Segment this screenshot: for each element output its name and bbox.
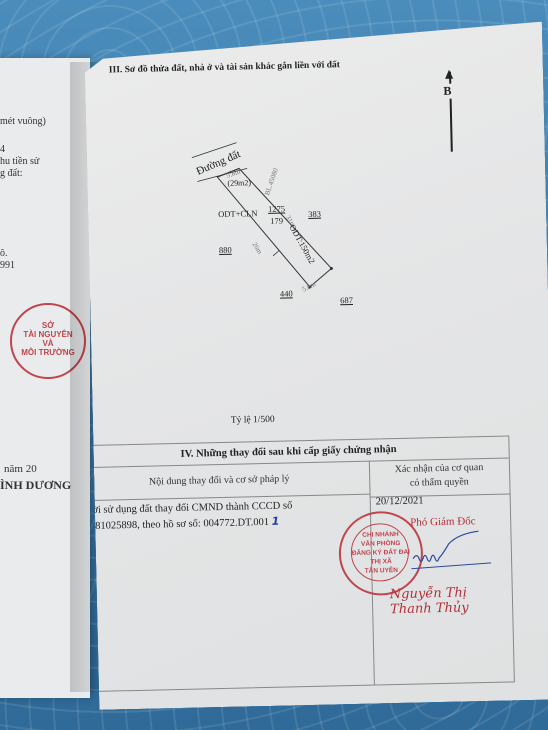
change-entry: Người sử dụng đất thay đổi CMND thành CC… bbox=[74, 497, 375, 535]
left-text-2: 4 bbox=[0, 144, 5, 155]
left-text-3: hu tiền sử bbox=[0, 156, 39, 167]
neighbor-880: 880 bbox=[219, 245, 232, 255]
column-content-header: Nội dung thay đổi và cơ sở pháp lý bbox=[69, 461, 371, 502]
left-province-fragment: ÌNH DƯƠNG bbox=[0, 478, 71, 493]
left-text-5: ô. bbox=[0, 248, 8, 259]
left-text-6: 991 bbox=[0, 260, 15, 271]
section-title: III. Sơ đồ thửa đất, nhà ở và tài sản kh… bbox=[109, 60, 340, 75]
changes-table: IV. Những thay đổi sau khi cấp giấy chứn… bbox=[67, 435, 514, 692]
column-confirm-line-2: có thẩm quyền bbox=[369, 474, 509, 491]
parcel-number: 1275 bbox=[268, 203, 285, 213]
neighbor-687: 687 bbox=[340, 295, 353, 305]
left-text-4: g đất: bbox=[0, 168, 23, 179]
handwritten-mark: 1 bbox=[272, 515, 280, 528]
north-arrow: B bbox=[443, 72, 459, 152]
neighbor-440: 440 bbox=[280, 288, 293, 298]
plot-map bbox=[166, 136, 370, 310]
left-text-1: mét vuông) bbox=[0, 116, 46, 127]
map-scale: Tỷ lệ 1/500 bbox=[231, 415, 275, 426]
signer-name: Nguyễn Thị Thanh Thủy bbox=[390, 584, 513, 617]
north-arrow-head-icon bbox=[445, 70, 453, 79]
signer-role: Phó Giám Đốc bbox=[410, 515, 476, 528]
column-confirm-header: Xác nhận của cơ quan có thẩm quyền bbox=[369, 457, 510, 497]
parcel-label: ODT+CLN bbox=[218, 208, 257, 219]
change-entry-line-2-text: 040181025898, theo hồ sơ số: 004772.DT.0… bbox=[74, 517, 269, 532]
road-area: (29m2) bbox=[227, 178, 251, 188]
confirmation-date: 20/12/2021 bbox=[376, 495, 424, 507]
left-date-fragment: năm 20 bbox=[4, 463, 37, 475]
map-sheet-number: 179 bbox=[270, 216, 283, 226]
certificate-page: III. Sơ đồ thửa đất, nhà ở và tài sản kh… bbox=[84, 22, 548, 710]
neighbor-383: 383 bbox=[308, 209, 321, 219]
signature bbox=[410, 529, 491, 571]
north-label: B bbox=[442, 84, 452, 99]
